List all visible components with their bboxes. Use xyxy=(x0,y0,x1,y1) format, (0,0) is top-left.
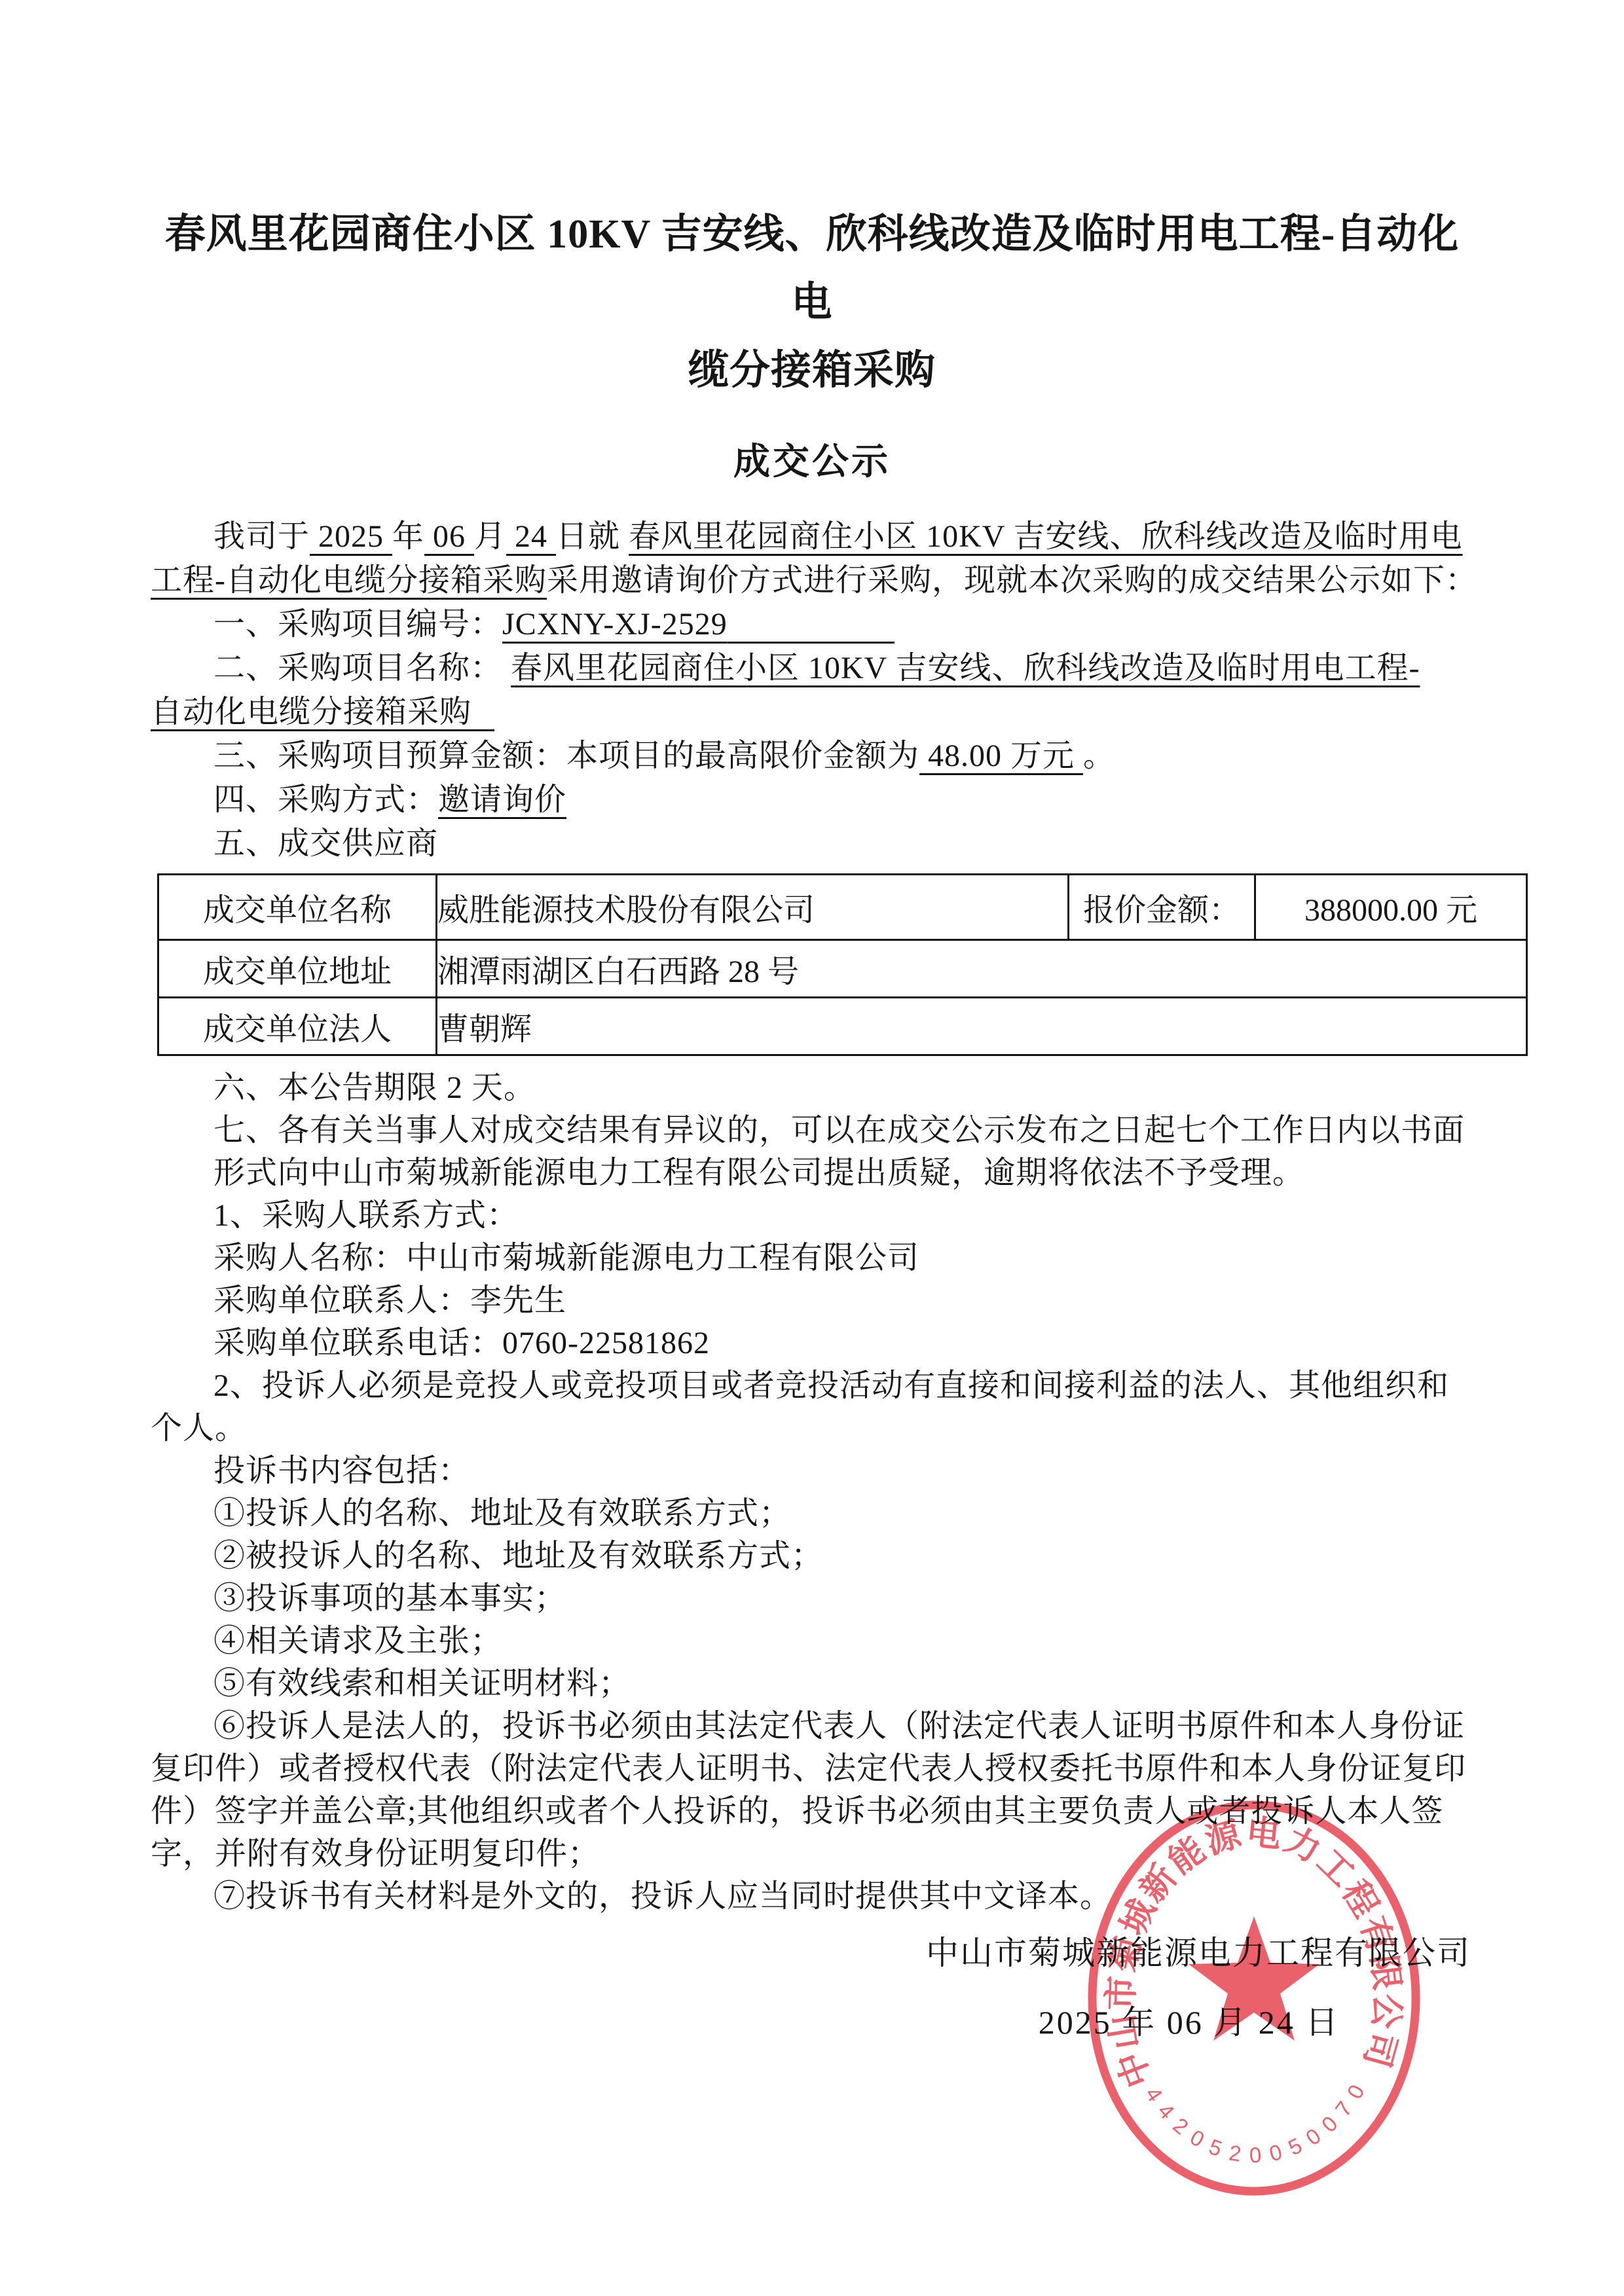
intro-line-7: 四、采购方式：邀请询价 xyxy=(151,778,1473,822)
text-segment: 邀请询价 xyxy=(438,782,566,817)
document-title: 春风里花园商住小区 10KV 吉安线、欣科线改造及临时用电工程-自动化电 缆分接… xyxy=(151,200,1473,405)
closing-line-9: 个人。 xyxy=(151,1407,1473,1449)
table-cell: 成交单位地址 xyxy=(158,940,437,998)
text-segment: 24 xyxy=(506,519,556,554)
text-segment: 48.00 万元 xyxy=(919,738,1083,773)
table-cell: 成交单位名称 xyxy=(158,875,437,940)
title-line-2: 缆分接箱采购 xyxy=(151,337,1473,405)
closing-line-7: 采购单位联系电话：0760-22581862 xyxy=(151,1322,1473,1364)
text-segment: 一、采购项目编号： xyxy=(213,607,502,642)
closing-line-11: ①投诉人的名称、地址及有效联系方式； xyxy=(151,1492,1473,1535)
text-segment: 。 xyxy=(1083,738,1115,773)
closing-line-16: ⑥投诉人是法人的，投诉书必须由其法定代表人（附法定代表人证明书原件和本人身份证 xyxy=(151,1705,1473,1747)
text-segment: 二、采购项目名称： xyxy=(213,651,511,685)
document-content: 春风里花园商住小区 10KV 吉安线、欣科线改造及临时用电工程-自动化电 缆分接… xyxy=(151,0,1473,1918)
title-line-1: 春风里花园商住小区 10KV 吉安线、欣科线改造及临时用电工程-自动化电 xyxy=(151,200,1473,337)
closing-line-8: 2、投诉人必须是竞投人或竞投项目或者竞投活动有直接和间接利益的法人、其他组织和 xyxy=(151,1364,1473,1407)
closing-line-13: ③投诉事项的基本事实； xyxy=(151,1577,1473,1620)
closing-line-6: 采购单位联系人：李先生 xyxy=(151,1279,1473,1322)
text-segment: JCXNY-XJ-2529 xyxy=(502,607,728,642)
text-segment: 年 xyxy=(392,519,424,554)
table-cell: 威胜能源技术股份有限公司 xyxy=(437,875,1069,940)
stamp-serial-number: 4420520050070 xyxy=(1141,2072,1374,2168)
stamp-star-icon xyxy=(1189,1916,1319,2041)
text-segment: 我司于 xyxy=(213,519,310,554)
award-table: 成交单位名称威胜能源技术股份有限公司报价金额：388000.00 元成交单位地址… xyxy=(157,873,1528,1056)
closing-line-15: ⑤有效线索和相关证明材料； xyxy=(151,1662,1473,1705)
closing-line-2: 七、各有关当事人对成交结果有异议的，可以在成交公示发布之日起七个工作日内以书面 xyxy=(151,1109,1473,1152)
table-cell: 成交单位法人 xyxy=(158,998,437,1055)
closing-line-14: ④相关请求及主张； xyxy=(151,1620,1473,1662)
text-segment: 06 xyxy=(424,519,474,554)
intro-line-5: 自动化电缆分接箱采购 xyxy=(151,690,1473,734)
text-segment: 采用邀请询价方式进行采购，现就本次采购的成交结果公示如下： xyxy=(547,563,1477,598)
underline-blank xyxy=(471,697,494,731)
text-segment: 三、采购项目预算金额：本项目的最高限价金额为 xyxy=(213,738,919,773)
closing-line-17: 复印件）或者授权代表（附法定代表人证明书、法定代表人授权委托书原件和本人身份证复… xyxy=(151,1747,1473,1790)
text-segment: 春风里花园商住小区 10KV 吉安线、欣科线改造及临时用电工程- xyxy=(511,651,1420,685)
closing-line-3: 形式向中山市菊城新能源电力工程有限公司提出质疑，逾期将依法不予受理。 xyxy=(151,1152,1473,1194)
table-cell: 曹朝辉 xyxy=(437,998,1527,1055)
text-segment: 春风里花园商住小区 10KV 吉安线、欣科线改造及临时用电 xyxy=(629,519,1462,554)
intro-line-2: 工程-自动化电缆分接箱采购采用邀请询价方式进行采购，现就本次采购的成交结果公示如… xyxy=(151,558,1473,602)
closing-line-12: ②被投诉人的名称、地址及有效联系方式； xyxy=(151,1535,1473,1577)
svg-text:4420520050070: 4420520050070 xyxy=(1141,2072,1374,2168)
text-segment: 五、成交供应商 xyxy=(213,826,438,861)
intro-line-3: 一、采购项目编号：JCXNY-XJ-2529 xyxy=(151,602,1473,646)
text-segment: 2025 xyxy=(310,519,392,554)
closing-line-5: 采购人名称：中山市菊城新能源电力工程有限公司 xyxy=(151,1237,1473,1279)
company-seal-stamp-icon: 中山市菊城新能源电力工程有限公司 4420520050070 xyxy=(1080,1795,1428,2201)
closing-line-1: 六、本公告期限 2 天。 xyxy=(151,1066,1473,1109)
intro-line-6: 三、采购项目预算金额：本项目的最高限价金额为 48.00 万元 。 xyxy=(151,734,1473,778)
intro-line-4: 二、采购项目名称： 春风里花园商住小区 10KV 吉安线、欣科线改造及临时用电工… xyxy=(151,646,1473,690)
closing-line-4: 1、采购人联系方式： xyxy=(151,1194,1473,1237)
table-row-1: 成交单位名称威胜能源技术股份有限公司报价金额：388000.00 元 xyxy=(158,875,1527,940)
text-segment: 工程-自动化电缆分接箱采购 xyxy=(151,563,547,598)
table-row-2: 成交单位地址湘潭雨湖区白石西路 28 号 xyxy=(158,940,1527,998)
text-segment: 四、采购方式： xyxy=(213,782,438,817)
intro-line-8: 五、成交供应商 xyxy=(151,822,1473,866)
scanned-document-page: 春风里花园商住小区 10KV 吉安线、欣科线改造及临时用电工程-自动化电 缆分接… xyxy=(0,0,1624,2296)
closing-line-10: 投诉书内容包括： xyxy=(151,1449,1473,1492)
text-segment: 自动化电缆分接箱采购 xyxy=(151,695,471,729)
text-segment: 日就 xyxy=(556,519,629,554)
table-cell: 388000.00 元 xyxy=(1255,875,1527,940)
table-cell: 湘潭雨湖区白石西路 28 号 xyxy=(437,940,1527,998)
intro-line-1: 我司于 2025 年 06 月 24 日就 春风里花园商住小区 10KV 吉安线… xyxy=(151,515,1473,558)
document-subtitle: 成交公示 xyxy=(151,436,1473,488)
underline-blank xyxy=(728,609,895,644)
text-segment: 月 xyxy=(474,519,506,554)
table-cell: 报价金额： xyxy=(1069,875,1255,940)
intro-paragraphs: 我司于 2025 年 06 月 24 日就 春风里花园商住小区 10KV 吉安线… xyxy=(151,515,1473,866)
table-row-3: 成交单位法人曹朝辉 xyxy=(158,998,1527,1055)
closing-paragraphs: 六、本公告期限 2 天。七、各有关当事人对成交结果有异议的，可以在成交公示发布之… xyxy=(151,1066,1473,1918)
